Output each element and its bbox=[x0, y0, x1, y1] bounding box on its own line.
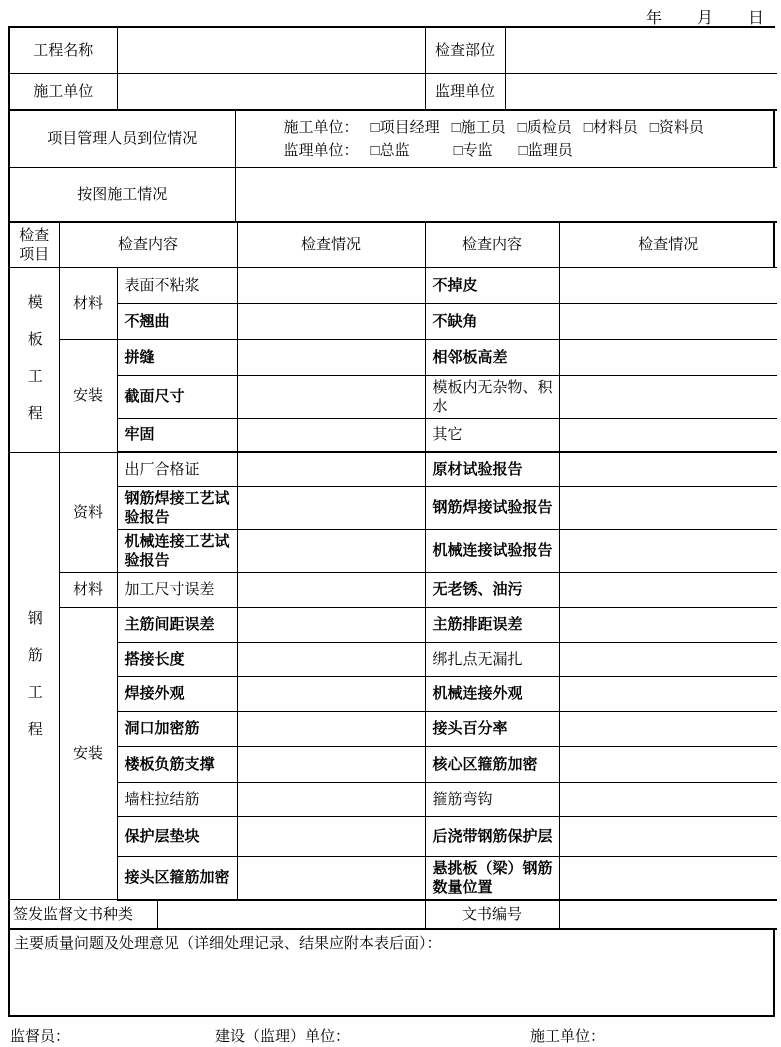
builder-supervision-signature-label: 建设（监理）单位： bbox=[215, 1025, 350, 1046]
supervision-unit-field[interactable] bbox=[505, 73, 777, 110]
inspection-item-label: 楼板负筋支撑 bbox=[117, 746, 237, 782]
col-header-inspection-situation-1: 检查情况 bbox=[237, 223, 425, 267]
inspection-situation-field[interactable] bbox=[237, 486, 425, 529]
quality-table: 主要质量问题及处理意见（详细处理记录、结果应附本表后面）： bbox=[10, 930, 773, 1015]
doc-number-field[interactable] bbox=[559, 901, 777, 929]
inspection-situation-field[interactable] bbox=[237, 267, 425, 303]
inspection-situation-field[interactable] bbox=[559, 303, 777, 339]
inspection-situation-field[interactable] bbox=[559, 642, 777, 676]
checkbox-quality-inspector[interactable]: □质检员 bbox=[518, 116, 572, 139]
checkbox-document-clerk[interactable]: □资料员 bbox=[650, 116, 704, 139]
inspection-situation-field[interactable] bbox=[237, 676, 425, 711]
quality-issues-field[interactable]: 主要质量问题及处理意见（详细处理记录、结果应附本表后面）： bbox=[10, 930, 773, 1015]
group-rebar-install: 安装 bbox=[59, 607, 117, 900]
inspection-situation-field[interactable] bbox=[237, 642, 425, 676]
inspection-situation-field[interactable] bbox=[237, 816, 425, 856]
inspection-situation-field[interactable] bbox=[559, 711, 777, 746]
inspection-item-label: 不缺角 bbox=[425, 303, 559, 339]
inspection-item-label: 接头百分率 bbox=[425, 711, 559, 746]
top-fields-table: 工程名称 检查部位 施工单位 监理单位 bbox=[10, 28, 777, 111]
inspection-item-label: 原材试验报告 bbox=[425, 452, 559, 486]
col-header-inspection-content-1: 检查内容 bbox=[59, 223, 237, 267]
inspection-item-label: 机械连接外观 bbox=[425, 676, 559, 711]
inspection-item-label: 不掉皮 bbox=[425, 267, 559, 303]
inspection-table: 检查项目 检查内容 检查情况 检查内容 检查情况 模板工程 材料 表面不粘浆 不… bbox=[10, 223, 777, 901]
supervision-unit-prefix: 监理单位： bbox=[284, 142, 359, 159]
inspection-situation-field[interactable] bbox=[237, 303, 425, 339]
inspection-situation-field[interactable] bbox=[237, 452, 425, 486]
issue-table: 签发监督文书种类 文书编号 bbox=[10, 901, 777, 930]
inspection-item-label: 加工尺寸误差 bbox=[117, 572, 237, 607]
quality-issues-label: 主要质量问题及处理意见（详细处理记录、结果应附本表后面）： bbox=[14, 934, 769, 953]
doc-number-label: 文书编号 bbox=[425, 901, 559, 929]
inspection-situation-field[interactable] bbox=[559, 746, 777, 782]
inspection-situation-field[interactable] bbox=[559, 782, 777, 816]
personnel-table: 项目管理人员到位情况 施工单位：□项目经理□施工员□质检员□材料员□资料员 监理… bbox=[10, 111, 777, 223]
inspection-item-label: 无老锈、油污 bbox=[425, 572, 559, 607]
inspection-item-label: 出厂合格证 bbox=[117, 452, 237, 486]
inspection-item-label: 洞口加密筋 bbox=[117, 711, 237, 746]
supervision-unit-label: 监理单位 bbox=[425, 73, 505, 110]
inspection-situation-field[interactable] bbox=[237, 782, 425, 816]
inspection-situation-field[interactable] bbox=[237, 339, 425, 375]
inspection-situation-field[interactable] bbox=[237, 856, 425, 900]
issue-type-label: 签发监督文书种类 bbox=[10, 901, 157, 929]
inspection-item-label: 截面尺寸 bbox=[117, 375, 237, 418]
inspection-situation-field[interactable] bbox=[559, 452, 777, 486]
inspection-item-label: 相邻板高差 bbox=[425, 339, 559, 375]
section-formwork: 模板工程 bbox=[10, 267, 59, 452]
inspection-situation-field[interactable] bbox=[559, 607, 777, 642]
group-formwork-install: 安装 bbox=[59, 339, 117, 452]
inspection-item-label: 搭接长度 bbox=[117, 642, 237, 676]
inspection-item-label: 墙柱拉结筋 bbox=[117, 782, 237, 816]
inspection-situation-field[interactable] bbox=[559, 267, 777, 303]
project-name-field[interactable] bbox=[117, 28, 425, 73]
checkbox-supervisor-staff[interactable]: □监理员 bbox=[519, 139, 573, 162]
drawing-construction-field[interactable] bbox=[235, 167, 777, 222]
supervisor-signature-label: 监督员： bbox=[10, 1025, 70, 1046]
construction-unit-label: 施工单位 bbox=[10, 73, 117, 110]
inspection-item-label: 机械连接试验报告 bbox=[425, 529, 559, 572]
inspection-situation-field[interactable] bbox=[237, 418, 425, 452]
inspection-item-label: 牢固 bbox=[117, 418, 237, 452]
group-rebar-material: 材料 bbox=[59, 572, 117, 607]
checkbox-chief-supervisor[interactable]: □总监 bbox=[371, 139, 410, 162]
inspection-situation-field[interactable] bbox=[559, 529, 777, 572]
signature-footer: 监督员： 建设（监理）单位： 施工单位： bbox=[8, 1017, 775, 1047]
inspection-situation-field[interactable] bbox=[237, 746, 425, 782]
inspection-item-label: 不翘曲 bbox=[117, 303, 237, 339]
inspection-item-label: 后浇带钢筋保护层 bbox=[425, 816, 559, 856]
inspection-situation-field[interactable] bbox=[237, 375, 425, 418]
inspection-item-label: 接头区箍筋加密 bbox=[117, 856, 237, 900]
inspection-situation-field[interactable] bbox=[559, 816, 777, 856]
inspection-situation-field[interactable] bbox=[559, 572, 777, 607]
inspection-item-label: 主筋间距误差 bbox=[117, 607, 237, 642]
inspection-part-field[interactable] bbox=[505, 28, 777, 73]
inspection-item-label: 核心区箍筋加密 bbox=[425, 746, 559, 782]
section-rebar: 钢筋工程 bbox=[10, 452, 59, 900]
checkbox-specialty-supervisor[interactable]: □专监 bbox=[454, 139, 493, 162]
inspection-item-label: 悬挑板（梁）钢筋数量位置 bbox=[425, 856, 559, 900]
inspection-item-label: 箍筋弯钩 bbox=[425, 782, 559, 816]
inspection-situation-field[interactable] bbox=[237, 711, 425, 746]
inspection-situation-field[interactable] bbox=[559, 856, 777, 900]
project-name-label: 工程名称 bbox=[10, 28, 117, 73]
inspection-item-label: 主筋排距误差 bbox=[425, 607, 559, 642]
drawing-construction-label: 按图施工情况 bbox=[10, 167, 235, 222]
date-line: 年 月 日 bbox=[8, 5, 775, 26]
inspection-item-label: 绑扎点无漏扎 bbox=[425, 642, 559, 676]
checkbox-project-manager[interactable]: □项目经理 bbox=[371, 116, 440, 139]
inspection-item-label: 模板内无杂物、积水 bbox=[425, 375, 559, 418]
inspection-item-label: 表面不粘浆 bbox=[117, 267, 237, 303]
inspection-situation-field[interactable] bbox=[237, 529, 425, 572]
col-header-inspection-content-2: 检查内容 bbox=[425, 223, 559, 267]
form-page: 年 月 日 工程名称 检查部位 施工单位 监理单位 项目管理人员到位情况 bbox=[0, 0, 781, 1035]
personnel-status-label: 项目管理人员到位情况 bbox=[10, 111, 235, 167]
personnel-checkbox-area: 施工单位：□项目经理□施工员□质检员□材料员□资料员 监理单位：□总监□专监□监… bbox=[235, 111, 777, 167]
form-box: 工程名称 检查部位 施工单位 监理单位 项目管理人员到位情况 施工单位：□项目经… bbox=[8, 26, 775, 1017]
inspection-situation-field[interactable] bbox=[559, 418, 777, 452]
construction-unit-field[interactable] bbox=[117, 73, 425, 110]
supervision-unit-checkbox-line: 监理单位：□总监□专监□监理员 bbox=[284, 139, 774, 162]
inspection-situation-field[interactable] bbox=[559, 339, 777, 375]
checkbox-constructor[interactable]: □施工员 bbox=[452, 116, 506, 139]
group-formwork-material: 材料 bbox=[59, 267, 117, 339]
inspection-item-label: 保护层垫块 bbox=[117, 816, 237, 856]
col-header-inspection-situation-2: 检查情况 bbox=[559, 223, 777, 267]
inspection-part-label: 检查部位 bbox=[425, 28, 505, 73]
inspection-situation-field[interactable] bbox=[559, 676, 777, 711]
inspection-item-label: 机械连接工艺试验报告 bbox=[117, 529, 237, 572]
inspection-situation-field[interactable] bbox=[559, 375, 777, 418]
group-rebar-document: 资料 bbox=[59, 452, 117, 572]
inspection-item-label: 钢筋焊接工艺试验报告 bbox=[117, 486, 237, 529]
issue-type-field[interactable] bbox=[157, 901, 425, 929]
inspection-situation-field[interactable] bbox=[237, 572, 425, 607]
col-header-inspection-item: 检查项目 bbox=[10, 223, 59, 267]
inspection-item-label: 其它 bbox=[425, 418, 559, 452]
inspection-item-label: 钢筋焊接试验报告 bbox=[425, 486, 559, 529]
inspection-item-label: 焊接外观 bbox=[117, 676, 237, 711]
construction-unit-checkbox-line: 施工单位：□项目经理□施工员□质检员□材料员□资料员 bbox=[284, 116, 774, 139]
construction-unit-prefix: 施工单位： bbox=[284, 119, 359, 136]
inspection-item-label: 拼缝 bbox=[117, 339, 237, 375]
checkbox-material-clerk[interactable]: □材料员 bbox=[584, 116, 638, 139]
inspection-situation-field[interactable] bbox=[237, 607, 425, 642]
construction-signature-label: 施工单位： bbox=[530, 1025, 605, 1046]
inspection-situation-field[interactable] bbox=[559, 486, 777, 529]
